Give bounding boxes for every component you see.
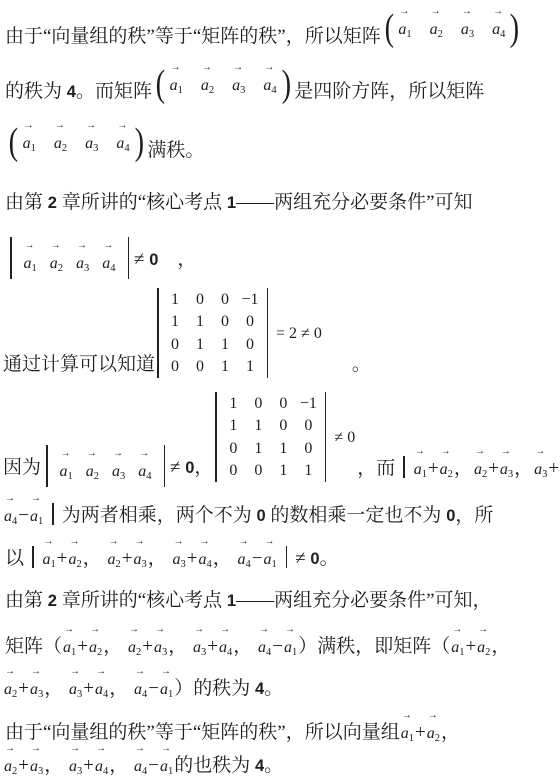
vector-letter: a xyxy=(69,758,77,775)
determinant-bar xyxy=(325,392,327,482)
vector-arrow-icon: → xyxy=(77,241,87,251)
text-run: ≠ xyxy=(170,457,185,478)
vector-a4: →a4 xyxy=(263,64,276,97)
vector-letter: a xyxy=(440,461,448,478)
vector-subscript: 2 xyxy=(94,471,99,482)
vector-letter: a xyxy=(69,681,77,698)
vector-subscript: 2 xyxy=(12,766,17,777)
vector-a2: →a2 xyxy=(201,64,214,97)
vector-letter: a xyxy=(85,135,93,152)
vector-subscript: 3 xyxy=(38,766,43,777)
vector-letter: a xyxy=(112,463,120,480)
vector-subscript: 3 xyxy=(141,559,146,570)
det-cell: 1 xyxy=(188,311,213,334)
vector-letter: a xyxy=(160,758,168,775)
matrix-left-paren: ( xyxy=(9,120,18,164)
det-cell: 1 xyxy=(246,437,271,460)
text-run: + xyxy=(207,636,218,657)
vector-arrow-icon: → xyxy=(399,7,409,17)
vector-letter: a xyxy=(154,639,162,656)
vector-a2: →a2 xyxy=(4,668,17,701)
line-5-content: →a1→a2→a3→a4≠ 0 ， xyxy=(5,237,196,274)
text-run: ，而 xyxy=(357,458,395,479)
bold-number: 4 xyxy=(67,83,76,101)
vector-determinant: →a1→a2→a3→a4 xyxy=(7,237,132,274)
text-run: ， xyxy=(83,548,107,569)
vector-a3: →a3 xyxy=(30,668,43,701)
vector-a2: →a2 xyxy=(89,626,102,659)
line-2-content: 的秩为 4。而矩阵(→a1→a2→a3→a4)是四阶方阵，所以矩阵 xyxy=(5,62,484,106)
vector-subscript: 3 xyxy=(469,29,474,40)
vector-a3: →a3 xyxy=(193,626,206,659)
vector-letter: a xyxy=(95,758,103,775)
text-run: ， xyxy=(158,249,196,270)
vector-arrow-icon: → xyxy=(441,447,451,457)
vector-subscript: 4 xyxy=(227,647,232,658)
bold-number: 0 xyxy=(256,507,265,525)
vector-subscript: 3 xyxy=(77,689,82,700)
text-run: − xyxy=(18,505,29,526)
vector-subscript: 1 xyxy=(32,263,37,274)
vector-letter: a xyxy=(451,639,459,656)
vector-a3: →a3 xyxy=(461,8,474,41)
text-run: ， xyxy=(109,678,133,699)
text-run: + xyxy=(77,636,88,657)
vector-subscript: 1 xyxy=(271,559,276,570)
vector-arrow-icon: → xyxy=(64,625,74,635)
vector-matrix: (→a1→a2→a3→a4) xyxy=(383,6,521,50)
vector-subscript: 4 xyxy=(110,263,115,274)
vector-letter: a xyxy=(54,135,62,152)
text-run: − xyxy=(148,755,159,776)
separator-bar-icon xyxy=(286,546,288,568)
vector-subscript: 3 xyxy=(162,647,167,658)
separator-bar-icon xyxy=(52,503,54,525)
text-run: 。 xyxy=(264,755,283,776)
bold-number: 1 xyxy=(227,194,236,212)
det-cell: 0 xyxy=(271,392,296,415)
vector-a2: →a2 xyxy=(477,626,490,659)
vector-a1: →a1 xyxy=(170,64,183,97)
determinant-4x4: 100−1110001100011 xyxy=(157,288,268,378)
vector-letter: a xyxy=(258,639,266,656)
vector-subscript: 3 xyxy=(77,766,82,777)
vector-letter: a xyxy=(427,725,435,742)
vector-arrow-icon: → xyxy=(462,7,472,17)
vector-arrow-icon: → xyxy=(109,537,119,547)
vector-a3: →a3 xyxy=(112,450,125,483)
vector-a4: →a4 xyxy=(116,122,129,155)
separator-bar-icon xyxy=(403,456,405,478)
text-line-10: 由第 2 章所讲的“核心考点 1——两组充分必要条件”可知， xyxy=(5,586,492,615)
vector-letter: a xyxy=(30,681,38,698)
det-cell: 1 xyxy=(213,333,238,356)
vector-arrow-icon: → xyxy=(103,241,113,251)
det-cell: 1 xyxy=(271,437,296,460)
vector-arrow-icon: → xyxy=(90,625,100,635)
vector-a4: →a4 xyxy=(102,242,115,275)
det-cell: 1 xyxy=(213,356,238,379)
vector-subscript: 4 xyxy=(12,516,17,527)
vector-a4: →a4 xyxy=(95,668,108,701)
text-run: 是四阶方阵，所以矩阵 xyxy=(294,81,484,102)
determinant-grid: 100−1110001100011 xyxy=(217,392,325,482)
vector-a2: →a2 xyxy=(4,745,17,778)
text-run: − xyxy=(148,678,159,699)
vector-subscript: 1 xyxy=(38,516,43,527)
vector-letter: a xyxy=(43,551,51,568)
line-14-content: →a2+→a3， →a3+→a4， →a4−→a1的也秩为 4。 xyxy=(3,745,283,780)
vector-a2: →a2 xyxy=(440,448,453,481)
text-line-4: 由第 2 章所讲的“核心考点 1——两组充分必要条件”可知 xyxy=(5,188,473,217)
det-cell: 0 xyxy=(238,311,263,334)
vector-arrow-icon: → xyxy=(134,537,144,547)
vector-letter: a xyxy=(4,508,12,525)
text-run: ， xyxy=(194,457,213,478)
text-run: + xyxy=(488,458,499,479)
vector-subscript: 4 xyxy=(500,29,505,40)
text-run: 由于“向量组的秩”等于“矩阵的秩”，所以矩阵 xyxy=(5,26,381,47)
vector-a1: →a1 xyxy=(24,242,37,275)
matrix-right-paren: ) xyxy=(281,62,290,106)
vector-subscript: 3 xyxy=(120,471,125,482)
matrix-row: →a1→a2→a3→a4 xyxy=(395,8,508,48)
vector-matrix: (→a1→a2→a3→a4) xyxy=(154,62,292,106)
vector-letter: a xyxy=(134,681,142,698)
text-run: 通过计算可以知道 xyxy=(3,354,155,375)
bold-number: 0 xyxy=(149,251,158,269)
vector-subscript: 3 xyxy=(240,85,245,96)
vector-subscript: 2 xyxy=(58,263,63,274)
text-line-14: →a2+→a3， →a3+→a4， →a4−→a1的也秩为 4。 xyxy=(3,747,283,780)
vector-letter: a xyxy=(89,639,97,656)
vector-subscript: 2 xyxy=(12,689,17,700)
vector-arrow-icon: → xyxy=(161,744,171,754)
vector-arrow-icon: → xyxy=(233,63,243,73)
vector-subscript: 1 xyxy=(292,647,297,658)
text-run: 满秩。 xyxy=(147,140,204,161)
vector-arrow-icon: → xyxy=(475,447,485,457)
vector-subscript: 4 xyxy=(142,689,147,700)
text-run: ）的秩为 xyxy=(174,678,255,699)
det-cell: 1 xyxy=(163,311,188,334)
vector-arrow-icon: → xyxy=(31,667,41,677)
vector-a1: →a1 xyxy=(398,8,411,41)
vector-a3: →a3 xyxy=(154,626,167,659)
text-run: ， xyxy=(454,458,473,479)
vector-a3: →a3 xyxy=(232,64,245,97)
text-run: 由第 xyxy=(5,192,48,213)
vector-a4: →a4 xyxy=(258,626,271,659)
text-line-1: 由于“向量组的秩”等于“矩阵的秩”，所以矩阵(→a1→a2→a3→a4) xyxy=(5,1,523,50)
text-run: 以 xyxy=(5,548,24,569)
det-cell: 0 xyxy=(246,460,271,483)
vector-arrow-icon: → xyxy=(535,447,545,457)
text-run: ， xyxy=(233,636,257,657)
vector-a3: →a3 xyxy=(172,538,185,571)
text-line-8: →a4−→a1为两者相乘，两个不为 0 的数相乘一定也不为 0，所 xyxy=(3,499,493,530)
line-10-content: 由第 2 章所讲的“核心考点 1——两组充分必要条件”可知， xyxy=(5,587,492,615)
vector-a3: →a3 xyxy=(534,448,547,481)
vector-a1: →a1 xyxy=(160,745,173,778)
vector-subscript: 1 xyxy=(406,29,411,40)
vector-arrow-icon: → xyxy=(199,537,209,547)
vector-arrow-icon: → xyxy=(61,449,71,459)
text-run: − xyxy=(252,548,263,569)
text-run: 的数相乘一定也不为 xyxy=(266,505,447,526)
det-cell: 1 xyxy=(246,415,271,438)
text-run: ， xyxy=(103,636,127,657)
document-page: 由于“向量组的秩”等于“矩阵的秩”，所以矩阵(→a1→a2→a3→a4) 的秩为… xyxy=(0,0,560,782)
vector-a4: →a4 xyxy=(219,626,232,659)
line-1-content: 由于“向量组的秩”等于“矩阵的秩”，所以矩阵(→a1→a2→a3→a4) xyxy=(5,6,523,50)
vector-arrow-icon: → xyxy=(69,537,79,547)
text-run: ， xyxy=(148,548,172,569)
bold-number: 4 xyxy=(255,757,264,775)
vector-subscript: 1 xyxy=(51,559,56,570)
determinant-bar xyxy=(10,237,12,279)
text-run: ——两组充分必要条件”可知， xyxy=(236,590,491,611)
determinant-grid: 100−1110001100011 xyxy=(159,288,267,378)
vector-arrow-icon: → xyxy=(171,63,181,73)
vector-arrow-icon: → xyxy=(194,625,204,635)
vector-a1: →a1 xyxy=(63,626,76,659)
vector-subscript: 2 xyxy=(209,85,214,96)
det-cell: 0 xyxy=(163,333,188,356)
vector-arrow-icon: → xyxy=(264,537,274,547)
text-run: + xyxy=(83,755,94,776)
vector-a4: →a4 xyxy=(138,450,151,483)
det-cell: 0 xyxy=(296,437,321,460)
vector-subscript: 2 xyxy=(97,647,102,658)
vector-subscript: 2 xyxy=(438,29,443,40)
text-run: 。而矩阵 xyxy=(76,81,152,102)
vector-a4: →a4 xyxy=(134,745,147,778)
text-run: 。 xyxy=(264,678,283,699)
vector-subscript: 1 xyxy=(168,689,173,700)
text-run: ， xyxy=(213,548,237,569)
vector-arrow-icon: → xyxy=(96,744,106,754)
vector-subscript: 3 xyxy=(38,689,43,700)
vector-letter: a xyxy=(534,461,542,478)
separator-bar-icon xyxy=(32,546,34,568)
vector-letter: a xyxy=(492,21,500,38)
vector-letter: a xyxy=(76,255,84,272)
vector-subscript: 1 xyxy=(422,469,427,480)
vector-letter: a xyxy=(193,639,201,656)
det-cell: 1 xyxy=(296,460,321,483)
text-run: 的秩为 xyxy=(5,81,67,102)
vector-subscript: 1 xyxy=(168,766,173,777)
vector-subscript: 4 xyxy=(206,559,211,570)
vector-a2: →a2 xyxy=(474,448,487,481)
vector-arrow-icon: → xyxy=(44,537,54,547)
bold-number: 2 xyxy=(48,194,57,212)
text-run: ≠ xyxy=(134,249,149,270)
vector-arrow-icon: → xyxy=(70,744,80,754)
vector-subscript: 1 xyxy=(68,471,73,482)
text-run: 。 xyxy=(320,548,339,569)
vector-letter: a xyxy=(50,255,58,272)
vector-subscript: 2 xyxy=(116,559,121,570)
text-run: + xyxy=(428,458,439,479)
det-cell: −1 xyxy=(238,288,263,311)
determinant-result: = 2 ≠ 0 xyxy=(276,320,322,347)
vector-arrow-icon: → xyxy=(285,625,295,635)
vector-letter: a xyxy=(430,21,438,38)
vector-letter: a xyxy=(232,77,240,94)
bold-number: 0 xyxy=(185,459,194,477)
line-12-content: →a2+→a3， →a3+→a4， →a4−→a1）的秩为 4。 xyxy=(3,668,283,703)
text-run: 章所讲的“核心考点 xyxy=(57,192,227,213)
det-cell: 0 xyxy=(271,415,296,438)
vector-a1: →a1 xyxy=(451,626,464,659)
vector-arrow-icon: → xyxy=(415,447,425,457)
vector-arrow-icon: → xyxy=(264,63,274,73)
vector-subscript: 3 xyxy=(93,143,98,154)
text-line-13: 由于“向量组的秩”等于“矩阵的秩”，所以向量组→a1+→a2， xyxy=(5,713,460,746)
vector-arrow-icon: → xyxy=(24,121,34,131)
det-cell: 0 xyxy=(188,288,213,311)
text-run: + xyxy=(415,722,426,743)
vector-arrow-icon: → xyxy=(96,667,106,677)
bold-number: 2 xyxy=(48,592,57,610)
text-run: + xyxy=(142,636,153,657)
vector-arrow-icon: → xyxy=(428,711,438,721)
text-run: ， xyxy=(44,678,68,699)
text-run: ， xyxy=(109,755,133,776)
vector-a1: →a1 xyxy=(43,538,56,571)
bold-number: 1 xyxy=(227,592,236,610)
bold-number: 4 xyxy=(255,680,264,698)
vector-arrow-icon: → xyxy=(259,625,269,635)
vector-subscript: 2 xyxy=(76,559,81,570)
vector-arrow-icon: → xyxy=(5,494,15,504)
vector-subscript: 3 xyxy=(542,469,547,480)
det-cell: 0 xyxy=(188,356,213,379)
text-run: + xyxy=(18,755,29,776)
vector-letter: a xyxy=(160,681,168,698)
vector-subscript: 1 xyxy=(178,85,183,96)
text-run: + xyxy=(465,636,476,657)
text-run: ， xyxy=(441,722,460,743)
vector-letter: a xyxy=(24,255,32,272)
vector-a4: →a4 xyxy=(492,8,505,41)
det-cell: 0 xyxy=(238,333,263,356)
vector-letter: a xyxy=(95,681,103,698)
text-line-5: →a1→a2→a3→a4≠ 0 ， xyxy=(5,226,196,274)
vector-a3: →a3 xyxy=(85,122,98,155)
matrix-left-paren: ( xyxy=(156,62,165,106)
vector-arrow-icon: → xyxy=(25,241,35,251)
determinant-bar xyxy=(46,445,48,487)
text-run: 由第 xyxy=(5,590,48,611)
det-cell: 0 xyxy=(221,437,246,460)
line-3-content: (→a1→a2→a3→a4)满秩。 xyxy=(5,120,204,164)
vector-subscript: 4 xyxy=(103,766,108,777)
vector-letter: a xyxy=(170,77,178,94)
text-run: + xyxy=(83,678,94,699)
text-line-3: (→a1→a2→a3→a4)满秩。 xyxy=(5,116,204,164)
det-cell: 1 xyxy=(163,288,188,311)
vector-arrow-icon: → xyxy=(5,667,15,677)
vector-subscript: 4 xyxy=(266,647,271,658)
determinant-bar xyxy=(164,445,166,487)
vector-arrow-icon: → xyxy=(113,449,123,459)
vector-matrix: (→a1→a2→a3→a4) xyxy=(7,120,145,164)
vector-subscript: 1 xyxy=(459,647,464,658)
vector-subscript: 4 xyxy=(103,689,108,700)
det-cell: 1 xyxy=(238,356,263,379)
det-cell: 1 xyxy=(188,333,213,356)
det-cell: −1 xyxy=(296,392,321,415)
det-cell: 0 xyxy=(221,460,246,483)
text-run: 章所讲的“核心考点 xyxy=(57,590,227,611)
vector-letter: a xyxy=(4,681,12,698)
bold-number: 0 xyxy=(310,550,319,568)
vector-letter: a xyxy=(30,508,38,525)
vector-subscript: 4 xyxy=(271,85,276,96)
line-6-prefix: 通过计算可以知道 xyxy=(3,351,155,378)
text-run: + xyxy=(18,678,29,699)
vector-a3: →a3 xyxy=(69,745,82,778)
text-run: ， xyxy=(514,458,533,479)
text-line-12: →a2+→a3， →a3+→a4， →a4−→a1）的秩为 4。 xyxy=(3,670,283,703)
vector-a1: →a1 xyxy=(30,495,43,528)
vector-letter: a xyxy=(474,461,482,478)
bold-number: 0 xyxy=(446,507,455,525)
text-run: + xyxy=(548,458,559,479)
vector-arrow-icon: → xyxy=(161,667,171,677)
vector-letter: a xyxy=(30,758,38,775)
vector-determinant: →a1→a2→a3→a4 xyxy=(43,445,168,482)
vector-letter: a xyxy=(63,639,71,656)
text-run: ， xyxy=(44,755,68,776)
vector-subscript: 2 xyxy=(448,469,453,480)
vector-arrow-icon: → xyxy=(31,494,41,504)
determinant-bar xyxy=(128,237,130,279)
vector-subscript: 4 xyxy=(124,143,129,154)
vector-letter: a xyxy=(284,639,292,656)
det-cell: 1 xyxy=(271,460,296,483)
vector-subscript: 2 xyxy=(482,469,487,480)
vector-letter: a xyxy=(500,461,508,478)
vector-a3: →a3 xyxy=(30,745,43,778)
vector-subscript: 2 xyxy=(136,647,141,658)
determinant-block: 100−1110001100011 ≠ 0 xyxy=(215,392,355,482)
matrix-row: →a1→a2→a3→a4 xyxy=(167,64,280,104)
vector-letter: a xyxy=(4,758,12,775)
vector-subscript: 2 xyxy=(62,143,67,154)
determinant-result: ≠ 0 xyxy=(334,424,355,451)
vector-arrow-icon: → xyxy=(70,667,80,677)
line-8-content: →a4−→a1为两者相乘，两个不为 0 的数相乘一定也不为 0，所 xyxy=(3,495,493,530)
vector-a3: →a3 xyxy=(133,538,146,571)
text-run: − xyxy=(272,636,283,657)
text-line-9: 以→a1+→a2， →a2+→a3， →a3+→a4， →a4−→a1≠ 0。 xyxy=(5,540,339,573)
text-run: + xyxy=(187,548,198,569)
vector-a2: →a2 xyxy=(128,626,141,659)
vector-arrow-icon: → xyxy=(129,625,139,635)
matrix-right-paren: ) xyxy=(134,120,143,164)
vector-letter: a xyxy=(86,463,94,480)
text-line-7: 因为→a1→a2→a3→a4≠ 0， 100−1110001100011 ≠ 0… xyxy=(3,392,560,482)
vector-letter: a xyxy=(134,758,142,775)
vector-a3: →a3 xyxy=(500,448,513,481)
line-13-content: 由于“向量组的秩”等于“矩阵的秩”，所以向量组→a1+→a2， xyxy=(5,712,460,746)
vector-arrow-icon: → xyxy=(238,537,248,547)
vector-a1: →a1 xyxy=(160,668,173,701)
